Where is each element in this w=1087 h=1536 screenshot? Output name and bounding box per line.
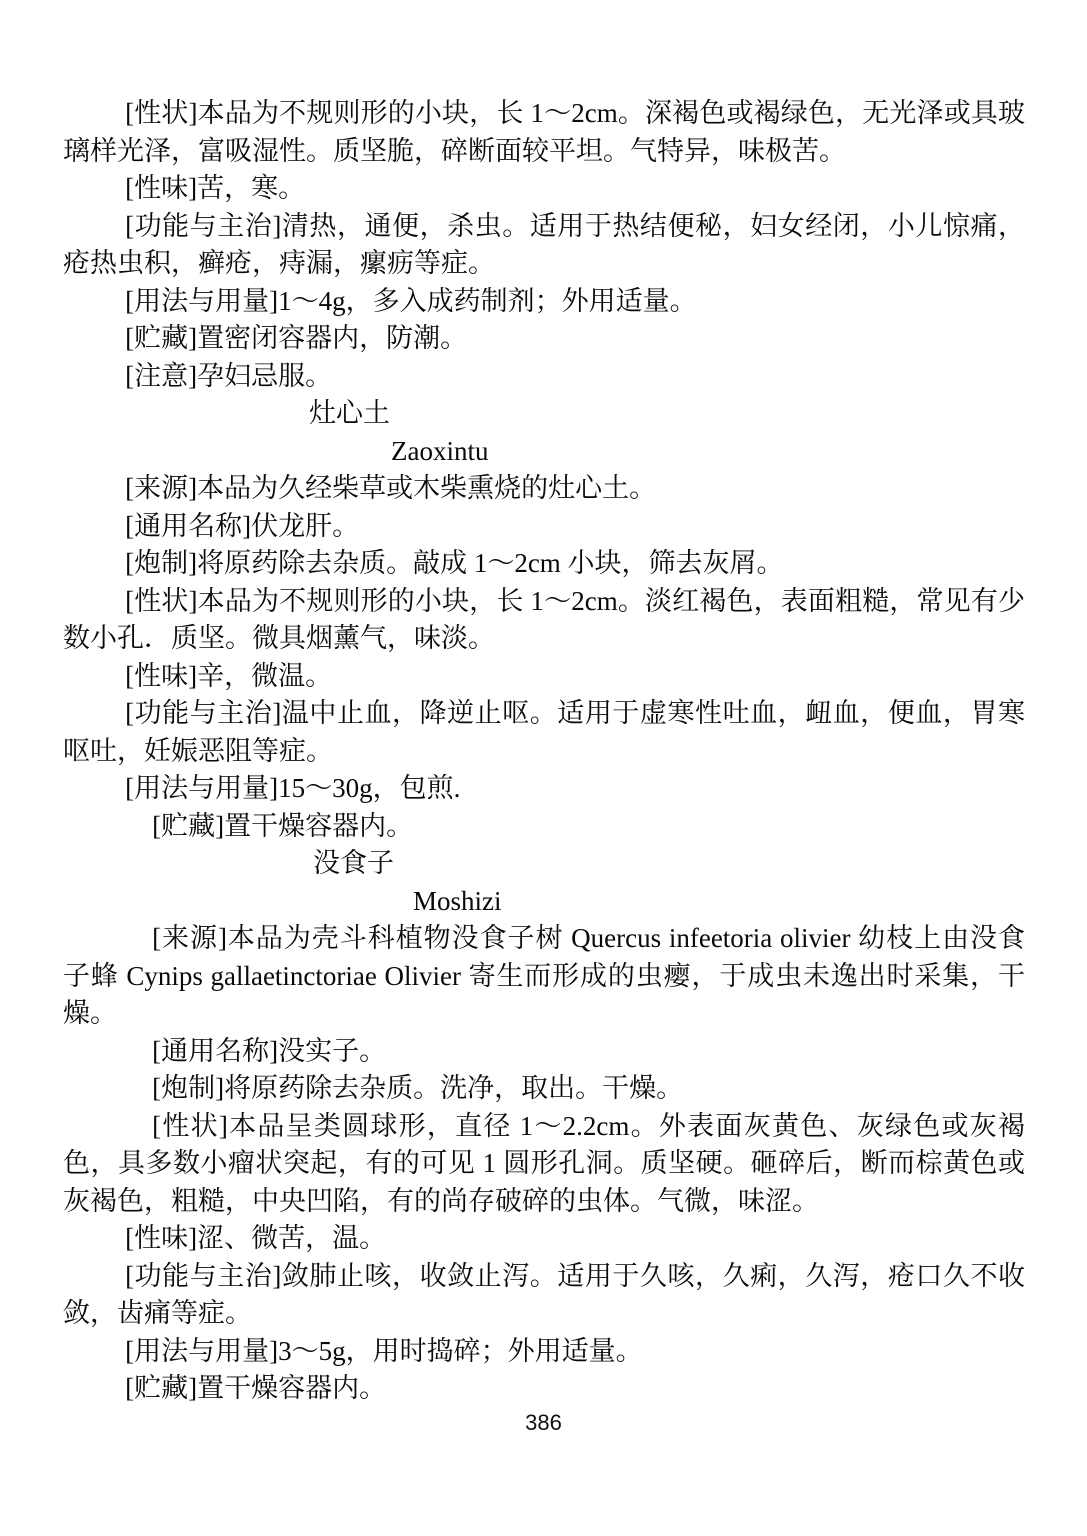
entry-title-pinyin: Moshizi [413,883,1025,921]
paragraph-gongneng-zhuzhi: [功能与主治]温中止血，降逆止呕。适用于虚寒性吐血，衄血，便血，胃寒呕吐，妊娠恶… [63,695,1025,770]
paragraph-yongfa-yongliang: [用法与用量]15～30g，包煎. [63,770,1025,808]
document-page: [性状]本品为不规则形的小块，长 1～2cm。深褐色或褐绿色，无光泽或具玻璃样光… [0,0,1087,1536]
paragraph-xingwei: [性味]辛，微温。 [63,658,1025,696]
paragraph-laiyuan: [来源]本品为壳斗科植物没食子树 Quercus infeetoria oliv… [63,920,1025,1033]
entry-continued-from-previous-page: [性状]本品为不规则形的小块，长 1～2cm。深褐色或褐绿色，无光泽或具玻璃样光… [63,95,1025,395]
paragraph-xingzhuang: [性状]本品为不规则形的小块，长 1～2cm。深褐色或褐绿色，无光泽或具玻璃样光… [63,95,1025,170]
paragraph-yongfa-yongliang: [用法与用量]1～4g，多入成药制剂；外用适量。 [63,283,1025,321]
entry-zaoxintu: 灶心土 Zaoxintu [来源]本品为久经柴草或木柴熏烧的灶心土。 [通用名称… [63,395,1025,845]
paragraph-paozhi: [炮制]将原药除去杂质。洗净，取出。干燥。 [63,1070,1025,1108]
paragraph-paozhi: [炮制]将原药除去杂质。敲成 1～2cm 小块，筛去灰屑。 [63,545,1025,583]
paragraph-xingzhuang: [性状]本品为不规则形的小块，长 1～2cm。淡红褐色，表面粗糙，常见有少数小孔… [63,583,1025,658]
paragraph-tongyong-mingcheng: [通用名称]没实子。 [63,1033,1025,1071]
paragraph-zhucang: [贮藏]置密闭容器内，防潮。 [63,320,1025,358]
paragraph-laiyuan: [来源]本品为久经柴草或木柴熏烧的灶心土。 [63,470,1025,508]
paragraph-tongyong-mingcheng: [通用名称]伏龙肝。 [63,508,1025,546]
paragraph-zhucang: [贮藏]置干燥容器内。 [63,1370,1025,1408]
entry-moshizi: 没食子 Moshizi [来源]本品为壳斗科植物没食子树 Quercus inf… [63,845,1025,1408]
entry-title-chinese: 灶心土 [309,395,1025,433]
paragraph-gongneng-zhuzhi: [功能与主治]清热，通便，杀虫。适用于热结便秘，妇女经闭，小儿惊痛，疮热虫积，癣… [63,208,1025,283]
page-number: 386 [525,1410,562,1435]
paragraph-zhuyi: [注意]孕妇忌服。 [63,358,1025,396]
paragraph-yongfa-yongliang: [用法与用量]3～5g，用时捣碎；外用适量。 [63,1333,1025,1371]
entry-title-chinese: 没食子 [313,845,1025,883]
page-footer: 386 [0,1410,1087,1436]
paragraph-gongneng-zhuzhi: [功能与主治]敛肺止咳，收敛止泻。适用于久咳，久痢，久泻，疮口久不收敛，齿痛等症… [63,1258,1025,1333]
paragraph-xingwei: [性味]涩、微苦，温。 [63,1220,1025,1258]
paragraph-zhucang: [贮藏]置干燥容器内。 [63,808,1025,846]
paragraph-xingzhuang: [性状]本品呈类圆球形，直径 1～2.2cm。外表面灰黄色、灰绿色或灰褐色，具多… [63,1108,1025,1221]
paragraph-xingwei: [性味]苦，寒。 [63,170,1025,208]
entry-title-pinyin: Zaoxintu [391,433,1025,471]
